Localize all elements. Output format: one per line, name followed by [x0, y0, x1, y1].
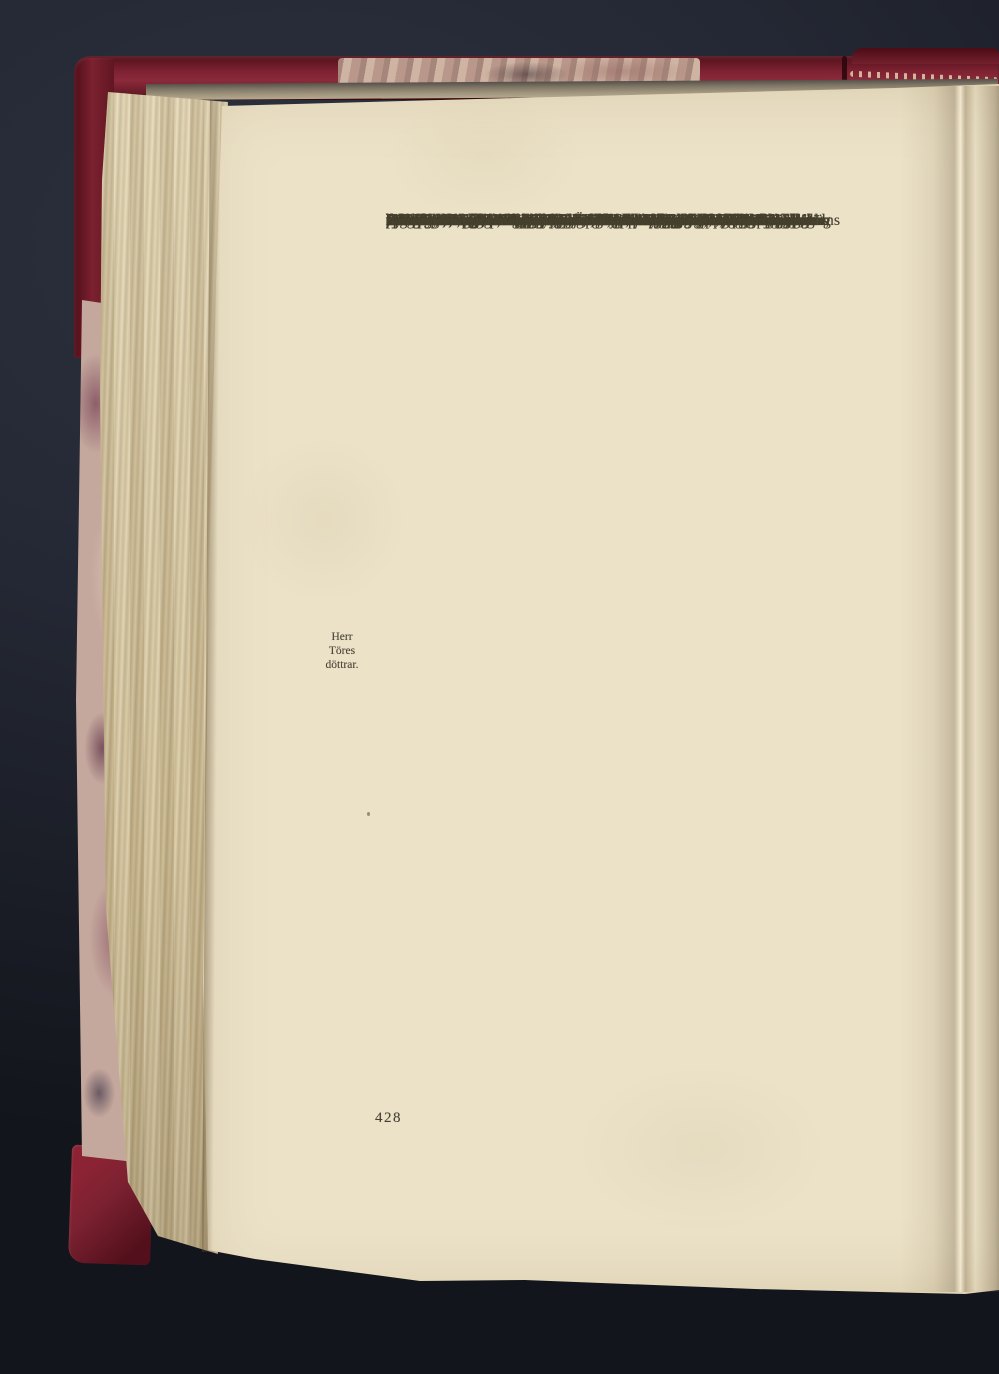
gutter-fold-shading — [900, 86, 999, 1292]
stray-ink-dot — [367, 812, 370, 816]
book-spine-cap — [852, 48, 999, 64]
margin-note-line: Herr — [306, 631, 378, 645]
margin-note-line: Töres — [306, 645, 378, 659]
margin-note: HerrTöresdöttrar. — [306, 631, 378, 672]
book-photo: HerrTöresdöttrar. erinra oss, ingrep Mag… — [0, 0, 999, 1374]
margin-note-line: döttrar. — [306, 659, 378, 673]
page-number: 428 — [375, 1110, 402, 1127]
book-page — [195, 84, 999, 1294]
